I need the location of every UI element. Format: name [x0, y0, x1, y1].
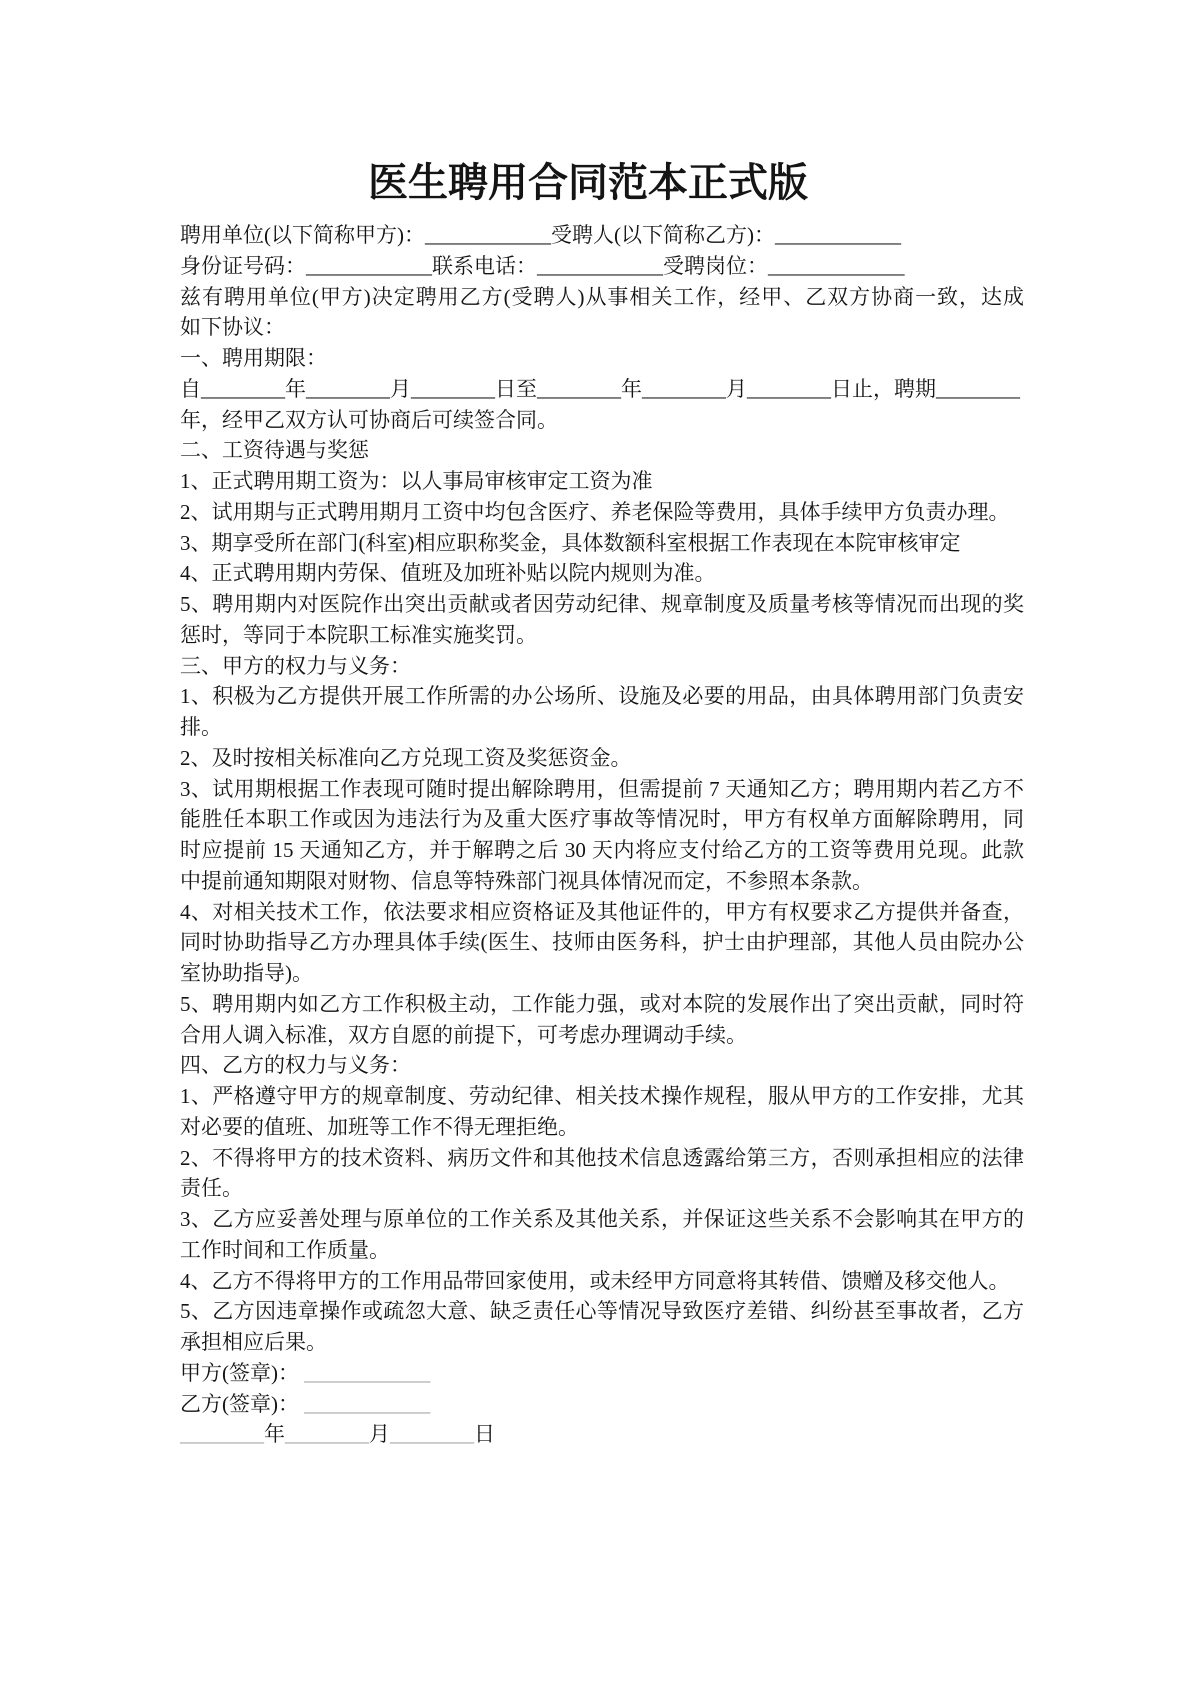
text-segment: 身份证号码：____________联系电话：____________受聘岗位：… [180, 254, 905, 278]
text-segment: 年 [264, 1422, 285, 1446]
text-segment: 甲方(签章)： [180, 1361, 304, 1385]
text-segment: 日 [474, 1422, 495, 1446]
contract-line: 3、试用期根据工作表现可随时提出解除聘用，但需提前 7 天通知乙方；聘用期内若乙… [180, 774, 1024, 805]
contract-line: 1、严格遵守甲方的规章制度、劳动纪律、相关技术操作规程，服从甲方的工作安排，尤其 [180, 1081, 1024, 1112]
contract-line: 1、正式聘用期工资为：以人事局审核审定工资为准 [180, 466, 1024, 497]
blank-field: ________ [180, 1422, 264, 1446]
blank-field: ____________ [304, 1392, 430, 1416]
contract-line: 承担相应后果。 [180, 1327, 1024, 1358]
contract-line: 排。 [180, 712, 1024, 743]
text-segment: 3、试用期根据工作表现可随时提出解除聘用，但需提前 7 天通知乙方；聘用期内若乙… [180, 777, 1024, 801]
contract-line: 四、乙方的权力与义务： [180, 1050, 1024, 1081]
text-segment: 能胜任本职工作或因为违法行为及重大医疗事故等情况时，甲方有权单方面解除聘用，同 [180, 807, 1024, 831]
blank-field: ________ [390, 1422, 474, 1446]
contract-line: 4、对相关技术工作，依法要求相应资格证及其他证件的，甲方有权要求乙方提供并备查， [180, 897, 1024, 928]
contract-line: 兹有聘用单位(甲方)决定聘用乙方(受聘人)从事相关工作，经甲、乙双方协商一致，达… [180, 282, 1024, 313]
text-segment: 5、聘用期内如乙方工作积极主动，工作能力强，或对本院的发展作出了突出贡献，同时符 [180, 992, 1024, 1016]
contract-line: 中提前通知期限对财物、信息等特殊部门视具体情况而定，不参照本条款。 [180, 866, 1024, 897]
text-segment: 2、及时按相关标准向乙方兑现工资及奖惩资金。 [180, 746, 632, 770]
text-segment: 月 [369, 1422, 390, 1446]
text-segment: 5、聘用期内对医院作出突出贡献或者因劳动纪律、规章制度及质量考核等情况而出现的奖 [180, 592, 1024, 616]
text-segment: 时应提前 15 天通知乙方，并于解聘之后 30 天内将应支付给乙方的工资等费用兑… [180, 838, 1024, 862]
text-segment: 如下协议： [180, 315, 285, 339]
contract-line: 如下协议： [180, 312, 1024, 343]
contract-line: 责任。 [180, 1173, 1024, 1204]
contract-line: 室协助指导)。 [180, 958, 1024, 989]
text-segment: 4、正式聘用期内劳保、值班及加班补贴以院内规则为准。 [180, 561, 716, 585]
text-segment: 四、乙方的权力与义务： [180, 1053, 411, 1077]
contract-line: 同时协助指导乙方办理具体手续(医生、技师由医务科，护士由护理部，其他人员由院办公 [180, 927, 1024, 958]
text-segment: 自________年________月________日至________年__… [180, 377, 1020, 401]
text-segment: 兹有聘用单位(甲方)决定聘用乙方(受聘人)从事相关工作，经甲、乙双方协商一致，达… [180, 285, 1024, 309]
text-segment: 1、严格遵守甲方的规章制度、劳动纪律、相关技术操作规程，服从甲方的工作安排，尤其 [180, 1084, 1024, 1108]
text-segment: 三、甲方的权力与义务： [180, 654, 411, 678]
text-segment: 2、试用期与正式聘用期月工资中均包含医疗、养老保险等费用，具体手续甲方负责办理。 [180, 500, 1010, 524]
text-segment: 承担相应后果。 [180, 1330, 327, 1354]
text-segment: 3、乙方应妥善处理与原单位的工作关系及其他关系，并保证这些关系不会影响其在甲方的 [180, 1207, 1024, 1231]
contract-line: 2、不得将甲方的技术资料、病历文件和其他技术信息透露给第三方，否则承担相应的法律 [180, 1143, 1024, 1174]
text-segment: 1、积极为乙方提供开展工作所需的办公场所、设施及必要的用品，由具体聘用部门负责安 [180, 684, 1024, 708]
contract-body: 聘用单位(以下简称甲方)：____________受聘人(以下简称乙方)：___… [180, 220, 1024, 1450]
contract-line: 甲方(签章)： ____________ [180, 1358, 1024, 1389]
text-segment: 3、期享受所在部门(科室)相应职称奖金，具体数额科室根据工作表现在本院审核审定 [180, 531, 960, 555]
contract-line: 3、乙方应妥善处理与原单位的工作关系及其他关系，并保证这些关系不会影响其在甲方的 [180, 1204, 1024, 1235]
contract-page: 医生聘用合同范本正式版 聘用单位(以下简称甲方)：____________受聘人… [0, 0, 1190, 1683]
text-segment: 4、乙方不得将甲方的工作用品带回家使用，或未经甲方同意将其转借、馈赠及移交他人。 [180, 1269, 1010, 1293]
text-segment: 对必要的值班、加班等工作不得无理拒绝。 [180, 1115, 579, 1139]
text-segment: 二、工资待遇与奖惩 [180, 438, 369, 462]
contract-line: 年，经甲乙双方认可协商后可续签合同。 [180, 405, 1024, 436]
contract-line: 自________年________月________日至________年__… [180, 374, 1024, 405]
blank-field: ____________ [304, 1361, 430, 1385]
text-segment: 乙方(签章)： [180, 1392, 304, 1416]
contract-line: 工作时间和工作质量。 [180, 1235, 1024, 1266]
contract-line: ________年________月________日 [180, 1419, 1024, 1450]
blank-field: ________ [285, 1422, 369, 1446]
contract-line: 三、甲方的权力与义务： [180, 651, 1024, 682]
contract-line: 聘用单位(以下简称甲方)：____________受聘人(以下简称乙方)：___… [180, 220, 1024, 251]
contract-line: 能胜任本职工作或因为违法行为及重大医疗事故等情况时，甲方有权单方面解除聘用，同 [180, 804, 1024, 835]
contract-line: 二、工资待遇与奖惩 [180, 435, 1024, 466]
text-segment: 2、不得将甲方的技术资料、病历文件和其他技术信息透露给第三方，否则承担相应的法律 [180, 1146, 1024, 1170]
contract-line: 2、及时按相关标准向乙方兑现工资及奖惩资金。 [180, 743, 1024, 774]
contract-line: 5、聘用期内如乙方工作积极主动，工作能力强，或对本院的发展作出了突出贡献，同时符 [180, 989, 1024, 1020]
text-segment: 中提前通知期限对财物、信息等特殊部门视具体情况而定，不参照本条款。 [180, 869, 873, 893]
contract-line: 一、聘用期限： [180, 343, 1024, 374]
text-segment: 年，经甲乙双方认可协商后可续签合同。 [180, 408, 558, 432]
contract-line: 惩时，等同于本院职工标准实施奖罚。 [180, 620, 1024, 651]
contract-line: 4、正式聘用期内劳保、值班及加班补贴以院内规则为准。 [180, 558, 1024, 589]
contract-line: 合用人调入标准，双方自愿的前提下，可考虑办理调动手续。 [180, 1020, 1024, 1051]
text-segment: 合用人调入标准，双方自愿的前提下，可考虑办理调动手续。 [180, 1023, 747, 1047]
contract-line: 对必要的值班、加班等工作不得无理拒绝。 [180, 1112, 1024, 1143]
contract-line: 5、聘用期内对医院作出突出贡献或者因劳动纪律、规章制度及质量考核等情况而出现的奖 [180, 589, 1024, 620]
text-segment: 责任。 [180, 1176, 243, 1200]
contract-line: 3、期享受所在部门(科室)相应职称奖金，具体数额科室根据工作表现在本院审核审定 [180, 528, 1024, 559]
text-segment: 4、对相关技术工作，依法要求相应资格证及其他证件的，甲方有权要求乙方提供并备查， [180, 900, 1024, 924]
text-segment: 同时协助指导乙方办理具体手续(医生、技师由医务科，护士由护理部，其他人员由院办公 [180, 930, 1024, 954]
contract-line: 2、试用期与正式聘用期月工资中均包含医疗、养老保险等费用，具体手续甲方负责办理。 [180, 497, 1024, 528]
contract-line: 乙方(签章)： ____________ [180, 1389, 1024, 1420]
text-segment: 聘用单位(以下简称甲方)：____________受聘人(以下简称乙方)：___… [180, 223, 901, 247]
text-segment: 工作时间和工作质量。 [180, 1238, 390, 1262]
contract-line: 时应提前 15 天通知乙方，并于解聘之后 30 天内将应支付给乙方的工资等费用兑… [180, 835, 1024, 866]
text-segment: 5、乙方因违章操作或疏忽大意、缺乏责任心等情况导致医疗差错、纠纷甚至事故者，乙方 [180, 1299, 1024, 1323]
text-segment: 排。 [180, 715, 222, 739]
contract-line: 1、积极为乙方提供开展工作所需的办公场所、设施及必要的用品，由具体聘用部门负责安 [180, 681, 1024, 712]
text-segment: 惩时，等同于本院职工标准实施奖罚。 [180, 623, 537, 647]
contract-line: 4、乙方不得将甲方的工作用品带回家使用，或未经甲方同意将其转借、馈赠及移交他人。 [180, 1266, 1024, 1297]
text-segment: 室协助指导)。 [180, 961, 313, 985]
text-segment: 1、正式聘用期工资为：以人事局审核审定工资为准 [180, 469, 653, 493]
text-segment: 一、聘用期限： [180, 346, 327, 370]
contract-line: 身份证号码：____________联系电话：____________受聘岗位：… [180, 251, 1024, 282]
document-title: 医生聘用合同范本正式版 [166, 158, 1010, 208]
contract-line: 5、乙方因违章操作或疏忽大意、缺乏责任心等情况导致医疗差错、纠纷甚至事故者，乙方 [180, 1296, 1024, 1327]
